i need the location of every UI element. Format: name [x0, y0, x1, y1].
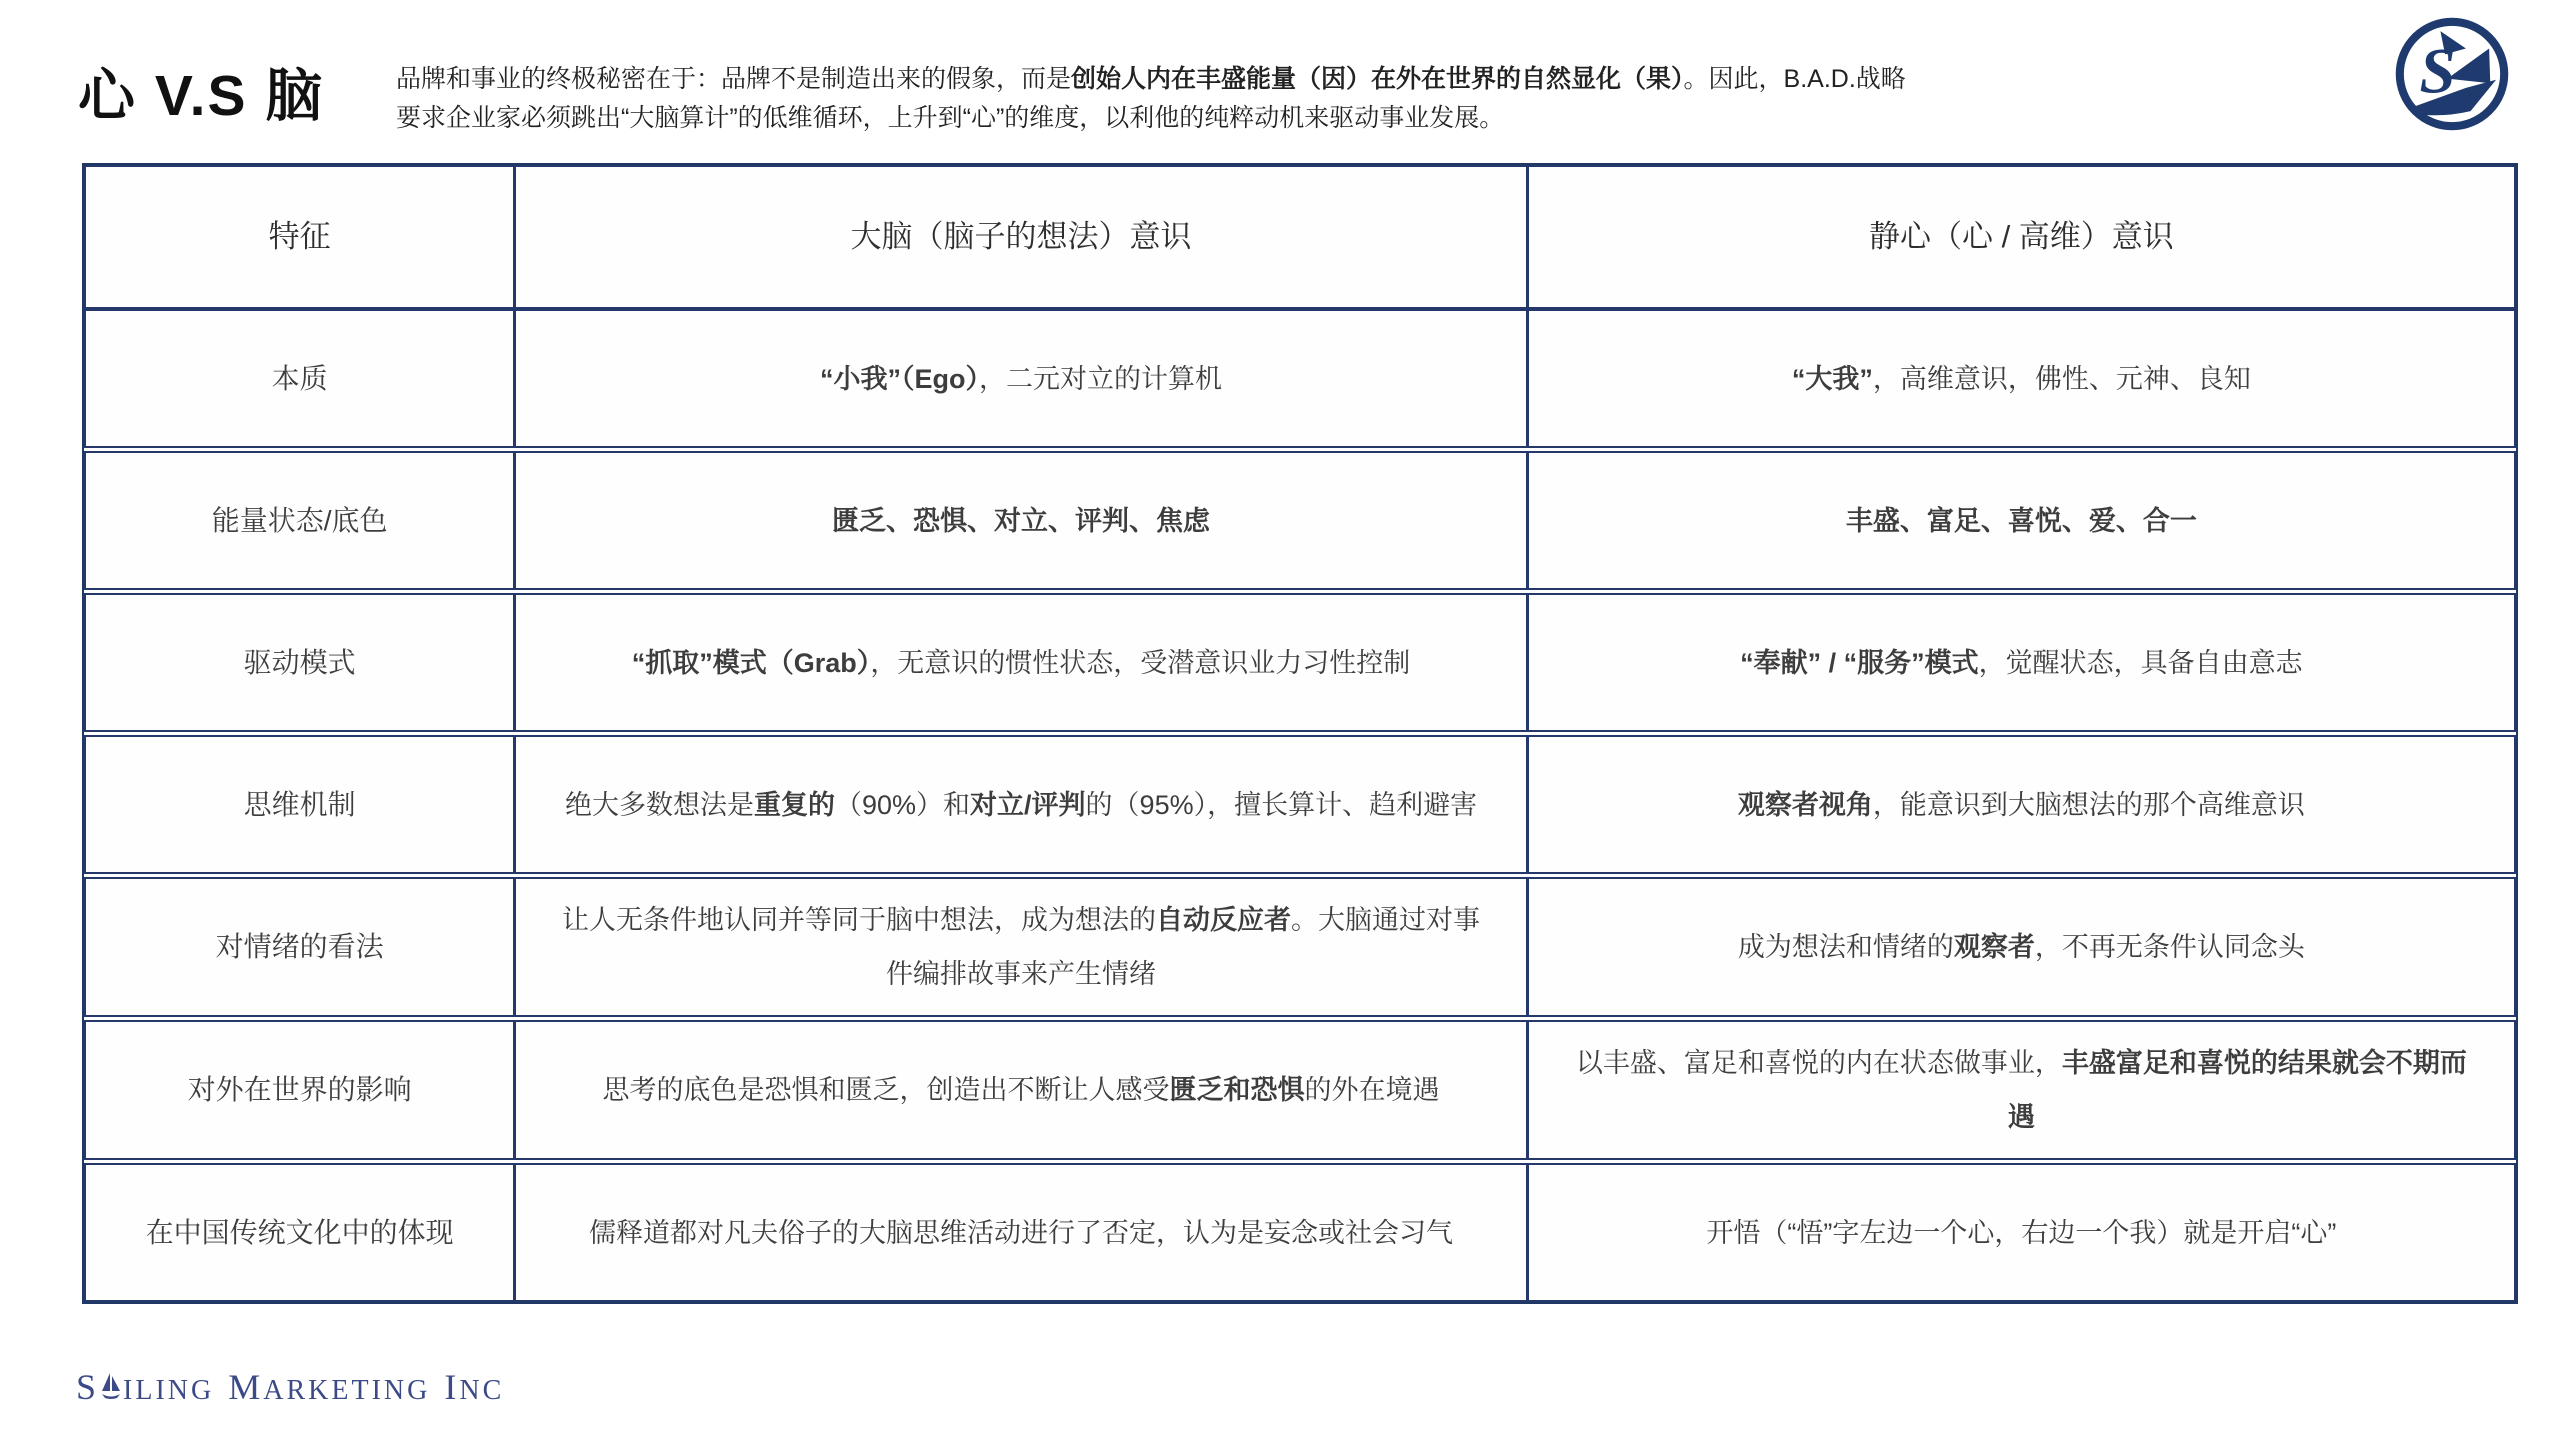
heart-cell: “奉献” / “服务”模式，觉醒状态，具备自由意志 — [1526, 595, 2514, 730]
feature-cell: 在中国传统文化中的体现 — [86, 1165, 513, 1300]
brain-cell-text: 思考的底色是恐惧和匮乏，创造出不断让人感受匮乏和恐惧的外在境遇 — [556, 1063, 1485, 1117]
table-row: 本质“小我”（Ego），二元对立的计算机“大我”，高维意识，佛性、元神、良知 — [84, 309, 2516, 448]
heart-cell-text: 丰盛、富足、喜悦、爱、合一 — [1569, 494, 2474, 548]
table-row: 对外在世界的影响思考的底色是恐惧和匮乏，创造出不断让人感受匮乏和恐惧的外在境遇以… — [84, 1020, 2516, 1160]
brain-cell-text: 儒释道都对凡夫俗子的大脑思维活动进行了否定，认为是妄念或社会习气 — [556, 1206, 1485, 1260]
sailboat-icon — [100, 1371, 122, 1406]
header-heart-consciousness: 静心（心 / 高维）意识 — [1526, 167, 2514, 307]
heart-cell-text: “奉献” / “服务”模式，觉醒状态，具备自由意志 — [1569, 636, 2474, 690]
heart-cell-text: 以丰盛、富足和喜悦的内在状态做事业，丰盛富足和喜悦的结果就会不期而遇 — [1569, 1036, 2474, 1144]
feature-cell: 对情绪的看法 — [86, 879, 513, 1015]
feature-cell: 思维机制 — [86, 737, 513, 872]
feature-cell: 对外在世界的影响 — [86, 1022, 513, 1158]
brand-letter-m: M — [228, 1366, 263, 1408]
table-row: 在中国传统文化中的体现儒释道都对凡夫俗子的大脑思维活动进行了否定，认为是妄念或社… — [84, 1163, 2516, 1302]
table-header-row: 特征 大脑（脑子的想法）意识 静心（心 / 高维）意识 — [84, 165, 2516, 309]
table-row: 对情绪的看法让人无条件地认同并等同于脑中想法，成为想法的自动反应者。大脑通过对事… — [84, 877, 2516, 1017]
brain-cell: “抓取”模式（Grab），无意识的惯性状态，受潜意识业力习性控制 — [513, 595, 1525, 730]
heart-cell-text: 开悟（“悟”字左边一个心，右边一个我）就是开启“心” — [1569, 1206, 2474, 1260]
brand-letter-s: S — [76, 1366, 99, 1408]
brain-cell-text: “抓取”模式（Grab），无意识的惯性状态，受潜意识业力习性控制 — [556, 636, 1485, 690]
heart-cell-text: “大我”，高维意识，佛性、元神、良知 — [1569, 352, 2474, 406]
heart-cell: 丰盛、富足、喜悦、爱、合一 — [1526, 453, 2514, 588]
brain-cell-text: 让人无条件地认同并等同于脑中想法，成为想法的自动反应者。大脑通过对事件编排故事来… — [556, 893, 1485, 1001]
table-body: 本质“小我”（Ego），二元对立的计算机“大我”，高维意识，佛性、元神、良知能量… — [84, 309, 2516, 1302]
brain-cell: 匮乏、恐惧、对立、评判、焦虑 — [513, 453, 1525, 588]
brand-text: ARKETING — [263, 1375, 430, 1407]
heart-cell: 开悟（“悟”字左边一个心，右边一个我）就是开启“心” — [1526, 1165, 2514, 1300]
brand-text: ILING — [123, 1375, 214, 1407]
heart-cell: 成为想法和情绪的观察者，不再无条件认同念头 — [1526, 879, 2514, 1015]
header-feature: 特征 — [86, 167, 513, 307]
intro-paragraph: 品牌和事业的终极秘密在于：品牌不是制造出来的假象，而是创始人内在丰盛能量（因）在… — [396, 60, 1906, 138]
brain-cell: 让人无条件地认同并等同于脑中想法，成为想法的自动反应者。大脑通过对事件编排故事来… — [513, 879, 1525, 1015]
table-row: 能量状态/底色匮乏、恐惧、对立、评判、焦虑丰盛、富足、喜悦、爱、合一 — [84, 451, 2516, 590]
feature-cell: 驱动模式 — [86, 595, 513, 730]
sailboat-logo-icon: S — [2394, 16, 2510, 132]
company-logo: S — [2394, 16, 2510, 132]
brand-text: NC — [459, 1375, 504, 1407]
brain-cell: 绝大多数想法是重复的（90%）和对立/评判的（95%），擅长算计、趋利避害 — [513, 737, 1525, 872]
brain-cell: 儒释道都对凡夫俗子的大脑思维活动进行了否定，认为是妄念或社会习气 — [513, 1165, 1525, 1300]
brain-cell: 思考的底色是恐惧和匮乏，创造出不断让人感受匮乏和恐惧的外在境遇 — [513, 1022, 1525, 1158]
heart-cell: 以丰盛、富足和喜悦的内在状态做事业，丰盛富足和喜悦的结果就会不期而遇 — [1526, 1022, 2514, 1158]
feature-cell: 本质 — [86, 311, 513, 446]
heart-cell: 观察者视角，能意识到大脑想法的那个高维意识 — [1526, 737, 2514, 872]
table-row: 驱动模式“抓取”模式（Grab），无意识的惯性状态，受潜意识业力习性控制“奉献”… — [84, 593, 2516, 732]
brand-letter-i: I — [444, 1366, 459, 1408]
footer-brand: S ILINGMARKETINGINC — [76, 1366, 504, 1408]
brain-cell-text: 绝大多数想法是重复的（90%）和对立/评判的（95%），擅长算计、趋利避害 — [556, 778, 1485, 832]
brain-cell-text: “小我”（Ego），二元对立的计算机 — [556, 352, 1485, 406]
page-title: 心 V.S 脑 — [78, 50, 324, 132]
heart-cell-text: 成为想法和情绪的观察者，不再无条件认同念头 — [1569, 920, 2474, 974]
brain-cell: “小我”（Ego），二元对立的计算机 — [513, 311, 1525, 446]
heart-cell: “大我”，高维意识，佛性、元神、良知 — [1526, 311, 2514, 446]
comparison-table: 特征 大脑（脑子的想法）意识 静心（心 / 高维）意识 本质“小我”（Ego），… — [82, 163, 2518, 1304]
table-row: 思维机制绝大多数想法是重复的（90%）和对立/评判的（95%），擅长算计、趋利避… — [84, 735, 2516, 874]
heart-cell-text: 观察者视角，能意识到大脑想法的那个高维意识 — [1569, 778, 2474, 832]
feature-cell: 能量状态/底色 — [86, 453, 513, 588]
header-brain-consciousness: 大脑（脑子的想法）意识 — [513, 167, 1525, 307]
brain-cell-text: 匮乏、恐惧、对立、评判、焦虑 — [556, 494, 1485, 548]
